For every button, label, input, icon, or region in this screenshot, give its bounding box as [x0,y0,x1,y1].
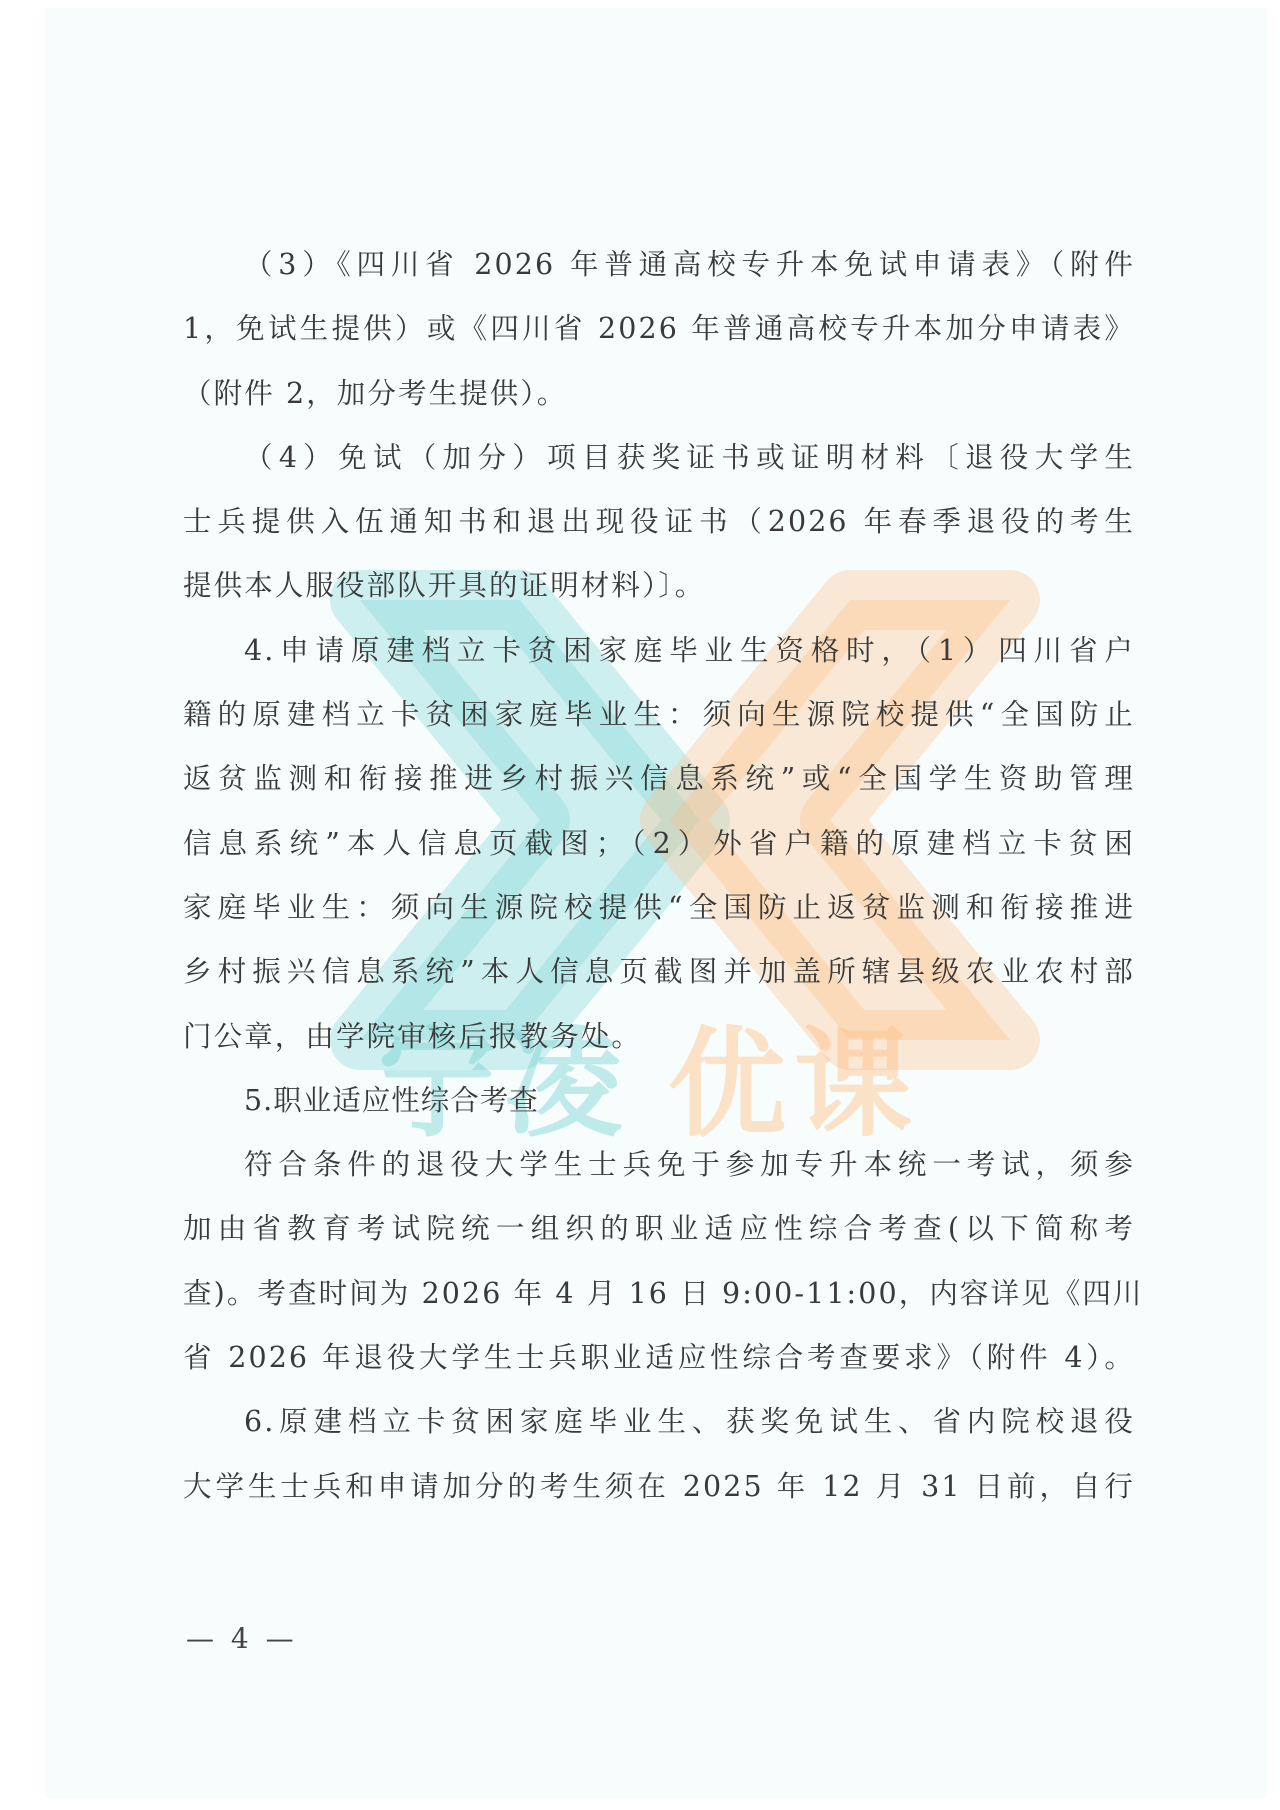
paragraph-item-3-line-2: 1，免试生提供）或《四川省 2026 年普通高校专升本加分申请表》 [183,297,1135,361]
paragraph-item-4-line-2: 士兵提供入伍通知书和退出现役证书（2026 年春季退役的考生 [183,490,1135,554]
paragraph-item-4-line-1: （4）免试（加分）项目获奖证书或证明材料〔退役大学生 [183,426,1135,490]
paragraph-section-4-line-2: 籍的原建档立卡贫困家庭毕业生：须向生源院校提供“全国防止 [183,683,1135,747]
paragraph-item-3-line-1: （3）《四川省 2026 年普通高校专升本免试申请表》（附件 [183,233,1135,297]
document-body: （3）《四川省 2026 年普通高校专升本免试申请表》（附件 1，免试生提供）或… [183,233,1135,1519]
paragraph-section-4-line-5: 家庭毕业生：须向生源院校提供“全国防止返贫监测和衔接推进 [183,876,1135,940]
paragraph-section-5-line-4: 省 2026 年退役大学生士兵职业适应性综合考查要求》（附件 4）。 [183,1326,1135,1390]
paragraph-section-6-line-2: 大学生士兵和申请加分的考生须在 2025 年 12 月 31 日前，自行 [183,1455,1135,1519]
section-5-heading: 5.职业适应性综合考查 [183,1069,1135,1133]
page-number: — 4 — [186,1622,298,1655]
paragraph-section-5-line-1: 符合条件的退役大学生士兵免于参加专升本统一考试，须参 [183,1133,1135,1197]
paragraph-section-4-line-7: 门公章，由学院审核后报教务处。 [183,1005,1135,1069]
paragraph-section-4-line-3: 返贫监测和衔接推进乡村振兴信息系统”或“全国学生资助管理 [183,747,1135,811]
paragraph-section-4-line-6: 乡村振兴信息系统”本人信息页截图并加盖所辖县级农业农村部 [183,940,1135,1004]
paragraph-item-4-line-3: 提供本人服役部队开具的证明材料）〕。 [183,554,1135,618]
paragraph-section-5-line-2: 加由省教育考试院统一组织的职业适应性综合考查(以下简称考 [183,1197,1135,1261]
paragraph-item-3-line-3: （附件 2，加分考生提供）。 [183,362,1135,426]
paragraph-section-6-line-1: 6.原建档立卡贫困家庭毕业生、获奖免试生、省内院校退役 [183,1390,1135,1454]
paragraph-section-4-line-1: 4.申请原建档立卡贫困家庭毕业生资格时，（1）四川省户 [183,619,1135,683]
paragraph-section-5-line-3: 查)。考查时间为 2026 年 4 月 16 日 9:00-11:00，内容详见… [183,1262,1135,1326]
paragraph-section-4-line-4: 信息系统”本人信息页截图；（2）外省户籍的原建档立卡贫困 [183,812,1135,876]
